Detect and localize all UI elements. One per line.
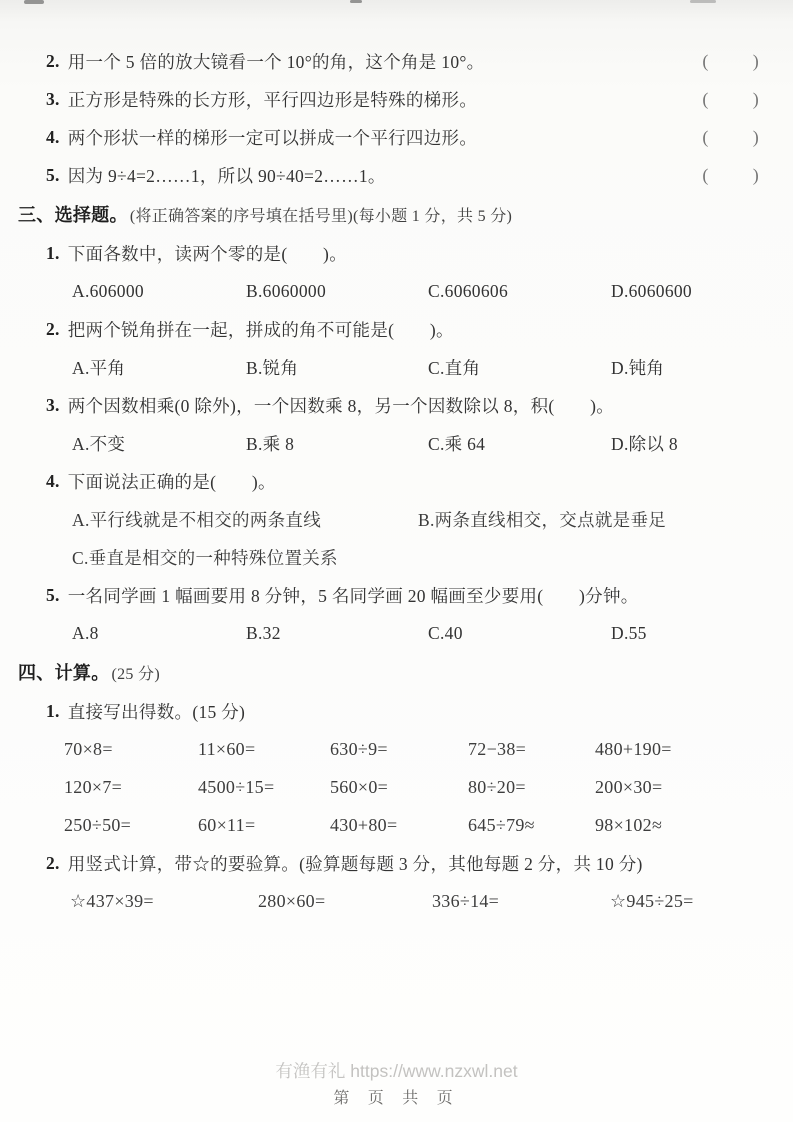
calc-expression: 98×102≈ bbox=[595, 815, 793, 836]
paren-open: ( bbox=[702, 89, 708, 110]
answer-parens: ( ) bbox=[702, 165, 765, 186]
option-c: C.直角 bbox=[428, 355, 611, 380]
option-a: A.不变 bbox=[72, 431, 246, 456]
judge-item-5: 5. 因为 9÷4=2……1，所以 90÷40=2……1。 ( ) bbox=[0, 156, 793, 194]
question-number: 4. bbox=[46, 127, 60, 148]
question-number: 1. bbox=[46, 701, 60, 722]
calc-expression: 200×30= bbox=[595, 777, 793, 798]
question-number: 2. bbox=[46, 51, 60, 72]
scan-artifact bbox=[24, 0, 44, 4]
calc-expression: 60×11= bbox=[198, 815, 330, 836]
question-text: 用竖式计算，带☆的要验算。(验算题每题 3 分，其他每题 2 分，共 10 分) bbox=[68, 851, 643, 876]
test-paper-page: 2. 用一个 5 倍的放大镜看一个 10°的角，这个角是 10°。 ( ) 3.… bbox=[0, 0, 793, 1122]
question-text: 一名同学画 1 幅画要用 8 分钟，5 名同学画 20 幅画至少要用( )分钟。 bbox=[68, 583, 639, 608]
section-note: (将正确答案的序号填在括号里)(每小题 1 分，共 5 分) bbox=[130, 203, 512, 226]
question-number: 1. bbox=[46, 243, 60, 264]
calc-row-2: 120×7= 4500÷15= 560×0= 80÷20= 200×30= bbox=[0, 768, 793, 806]
page-footer: 有渔有礼 https://www.nzxwl.net 第 页 共 页 bbox=[0, 1058, 793, 1108]
calc-expression: 645÷79≈ bbox=[468, 815, 595, 836]
calc-expression: 430+80= bbox=[330, 815, 468, 836]
calc-expression: 630÷9= bbox=[330, 739, 468, 760]
answer-parens: ( ) bbox=[702, 51, 765, 72]
judge-item-3: 3. 正方形是特殊的长方形，平行四边形是特殊的梯形。 ( ) bbox=[0, 80, 793, 118]
choice-options-2: A.平角 B.锐角 C.直角 D.钝角 bbox=[0, 348, 793, 386]
calc-expression: 72−38= bbox=[468, 739, 595, 760]
question-text: 下面各数中，读两个零的是( )。 bbox=[68, 241, 347, 266]
option-a: A.平行线就是不相交的两条直线 bbox=[72, 507, 418, 532]
calc-expression: 4500÷15= bbox=[198, 777, 330, 798]
calc-expression: 250÷50= bbox=[64, 815, 198, 836]
question-number: 3. bbox=[46, 395, 60, 416]
option-d: D.钝角 bbox=[611, 355, 793, 380]
paren-open: ( bbox=[702, 51, 708, 72]
choice-options-1: A.606000 B.6060000 C.6060606 D.6060600 bbox=[0, 272, 793, 310]
option-d: D.55 bbox=[611, 623, 793, 644]
paren-close: ) bbox=[753, 89, 759, 110]
option-b: B.6060000 bbox=[246, 281, 428, 302]
option-a: A.平角 bbox=[72, 355, 246, 380]
question-number: 5. bbox=[46, 585, 60, 606]
choice-question-3: 3. 两个因数相乘(0 除外)，一个因数乘 8，另一个因数除以 8，积( )。 bbox=[0, 386, 793, 424]
choice-options-3: A.不变 B.乘 8 C.乘 64 D.除以 8 bbox=[0, 424, 793, 462]
calc-expression: ☆437×39= bbox=[70, 891, 258, 912]
calc-expression: ☆945÷25= bbox=[610, 891, 793, 912]
question-number: 4. bbox=[46, 471, 60, 492]
question-text: 直接写出得数。(15 分) bbox=[68, 699, 245, 724]
calc-expression: 120×7= bbox=[64, 777, 198, 798]
question-text: 用一个 5 倍的放大镜看一个 10°的角，这个角是 10°。 bbox=[68, 49, 485, 74]
section-calc-heading: 四、计算。 (25 分) bbox=[0, 652, 793, 692]
choice-question-1: 1. 下面各数中，读两个零的是( )。 bbox=[0, 234, 793, 272]
section-title: 三、选择题。 bbox=[18, 201, 128, 227]
question-text: 两个因数相乘(0 除外)，一个因数乘 8，另一个因数除以 8，积( )。 bbox=[68, 393, 614, 418]
calc-row-3: 250÷50= 60×11= 430+80= 645÷79≈ 98×102≈ bbox=[0, 806, 793, 844]
calc-vertical-row: ☆437×39= 280×60= 336÷14= ☆945÷25= bbox=[0, 882, 793, 920]
choice-question-2: 2. 把两个锐角拼在一起，拼成的角不可能是( )。 bbox=[0, 310, 793, 348]
question-text: 两个形状一样的梯形一定可以拼成一个平行四边形。 bbox=[68, 125, 477, 150]
paren-open: ( bbox=[702, 127, 708, 148]
question-text: 下面说法正确的是( )。 bbox=[68, 469, 276, 494]
option-c: C.乘 64 bbox=[428, 431, 611, 456]
calc-expression: 280×60= bbox=[258, 891, 432, 912]
section-choice-heading: 三、选择题。 (将正确答案的序号填在括号里)(每小题 1 分，共 5 分) bbox=[0, 194, 793, 234]
option-c: C.6060606 bbox=[428, 281, 611, 302]
answer-parens: ( ) bbox=[702, 127, 765, 148]
calc-row-1: 70×8= 11×60= 630÷9= 72−38= 480+190= bbox=[0, 730, 793, 768]
watermark-text: 有渔有礼 https://www.nzxwl.net bbox=[0, 1058, 793, 1083]
question-text: 正方形是特殊的长方形，平行四边形是特殊的梯形。 bbox=[68, 87, 477, 112]
option-a: A.606000 bbox=[72, 281, 246, 302]
choice-question-5: 5. 一名同学画 1 幅画要用 8 分钟，5 名同学画 20 幅画至少要用( )… bbox=[0, 576, 793, 614]
option-d: D.除以 8 bbox=[611, 431, 793, 456]
question-text: 把两个锐角拼在一起，拼成的角不可能是( )。 bbox=[68, 317, 454, 342]
option-c: C.垂直是相交的一种特殊位置关系 bbox=[72, 545, 338, 570]
choice-options-5: A.8 B.32 C.40 D.55 bbox=[0, 614, 793, 652]
scan-artifact bbox=[690, 0, 716, 3]
question-text: 因为 9÷4=2……1，所以 90÷40=2……1。 bbox=[68, 163, 386, 188]
calc-expression: 480+190= bbox=[595, 739, 793, 760]
paren-close: ) bbox=[753, 127, 759, 148]
judge-item-4: 4. 两个形状一样的梯形一定可以拼成一个平行四边形。 ( ) bbox=[0, 118, 793, 156]
calc-expression: 560×0= bbox=[330, 777, 468, 798]
answer-parens: ( ) bbox=[702, 89, 765, 110]
section-title: 四、计算。 bbox=[18, 659, 110, 685]
calc-expression: 11×60= bbox=[198, 739, 330, 760]
paren-close: ) bbox=[753, 51, 759, 72]
question-number: 3. bbox=[46, 89, 60, 110]
calc-expression: 70×8= bbox=[64, 739, 198, 760]
question-number: 2. bbox=[46, 853, 60, 874]
option-b: B.锐角 bbox=[246, 355, 428, 380]
section-score: (25 分) bbox=[112, 661, 160, 684]
calc-expression: 80÷20= bbox=[468, 777, 595, 798]
option-b: B.32 bbox=[246, 623, 428, 644]
paper-content: 2. 用一个 5 倍的放大镜看一个 10°的角，这个角是 10°。 ( ) 3.… bbox=[0, 42, 793, 920]
option-b: B.两条直线相交，交点就是垂足 bbox=[418, 507, 793, 532]
calc-sub2-heading: 2. 用竖式计算，带☆的要验算。(验算题每题 3 分，其他每题 2 分，共 10… bbox=[0, 844, 793, 882]
option-c: C.40 bbox=[428, 623, 611, 644]
paren-open: ( bbox=[702, 165, 708, 186]
question-number: 5. bbox=[46, 165, 60, 186]
question-number: 2. bbox=[46, 319, 60, 340]
choice-options-4-row2: C.垂直是相交的一种特殊位置关系 bbox=[0, 538, 793, 576]
judge-item-2: 2. 用一个 5 倍的放大镜看一个 10°的角，这个角是 10°。 ( ) bbox=[0, 42, 793, 80]
choice-question-4: 4. 下面说法正确的是( )。 bbox=[0, 462, 793, 500]
choice-options-4-row1: A.平行线就是不相交的两条直线 B.两条直线相交，交点就是垂足 bbox=[0, 500, 793, 538]
page-number-line: 第 页 共 页 bbox=[0, 1085, 793, 1108]
paren-close: ) bbox=[753, 165, 759, 186]
scan-artifact bbox=[350, 0, 362, 3]
option-b: B.乘 8 bbox=[246, 431, 428, 456]
calc-sub1-heading: 1. 直接写出得数。(15 分) bbox=[0, 692, 793, 730]
option-a: A.8 bbox=[72, 623, 246, 644]
calc-expression: 336÷14= bbox=[432, 891, 610, 912]
option-d: D.6060600 bbox=[611, 281, 793, 302]
